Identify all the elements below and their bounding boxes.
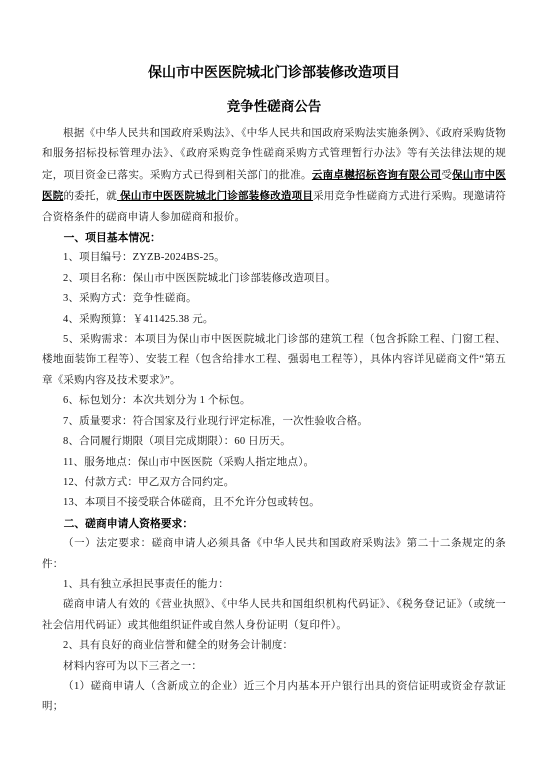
section1-item-12: 12、付款方式：甲乙双方合同约定。 [42, 473, 506, 493]
section1-item-2: 2、项目名称：保山市中医医院城北门诊部装修改造项目。 [42, 269, 506, 289]
section2-heading: 二、磋商申请人资格要求： [42, 514, 506, 534]
doc-title: 保山市中医医院城北门诊部装修改造项目 [42, 62, 506, 82]
document-page: 保山市中医医院城北门诊部装修改造项目 竞争性磋商公告 根据《中华人民共和国政府采… [0, 0, 548, 776]
section1-item-1: 1、项目编号：ZYZB-2024BS-25。 [42, 248, 506, 268]
section2-paragraph-item1: 1、具有独立承担民事责任的能力： [42, 575, 506, 595]
section1-item-6: 6、标包划分：本次共划分为 1 个标包。 [42, 391, 506, 411]
doc-subtitle: 竞争性磋商公告 [42, 97, 506, 117]
section1-item-5: 5、采购需求：本项目为保山市中医医院城北门诊部的建筑工程（包含拆除工程、门窗工程… [42, 330, 506, 391]
section1-item-13: 13、本项目不接受联合体磋商，且不允许分包或转包。 [42, 493, 506, 513]
section2-paragraph-legal: （一）法定要求：磋商申请人必须具备《中华人民共和国政府采购法》第二十二条规定的条… [42, 534, 506, 575]
project-name: 保山市中医医院城北门诊部装修改造项目 [117, 190, 313, 202]
section2-paragraph-materials: 材料内容可为以下三者之一： [42, 657, 506, 677]
intro-text-mid: 的委托，就 [63, 191, 117, 202]
section1-item-3: 3、采购方式：竞争性磋商。 [42, 289, 506, 309]
section2-paragraph-certs: 磋商申请人有效的《营业执照》、《中华人民共和国组织机构代码证》、《税务登记证》（… [42, 595, 506, 636]
section1-item-7: 7、质量要求：符合国家及行业现行评定标准，一次性验收合格。 [42, 412, 506, 432]
section1-item-11: 11、服务地点：保山市中医医院（采购人指定地点）。 [42, 453, 506, 473]
section1-item-8: 8、合同履行期限（项目完成期限）：60 日历天。 [42, 432, 506, 452]
section2-paragraph-item2: 2、具有良好的商业信誉和健全的财务会计制度： [42, 636, 506, 656]
section1-heading: 一、项目基本情况： [42, 228, 506, 248]
section1-item-4: 4、采购预算：￥411425.38 元。 [42, 310, 506, 330]
agency-name: 云南卓樾招标咨询有限公司 [312, 169, 442, 181]
intro-paragraph: 根据《中华人民共和国政府采购法》、《中华人民共和国政府采购法实施条例》、《政府采… [42, 124, 506, 228]
intro-text-entrust: 受 [441, 170, 452, 181]
section2-paragraph-bank: （1）磋商申请人（含新成立的企业）近三个月内基本开户银行出具的资信证明或资金存款… [42, 677, 506, 718]
